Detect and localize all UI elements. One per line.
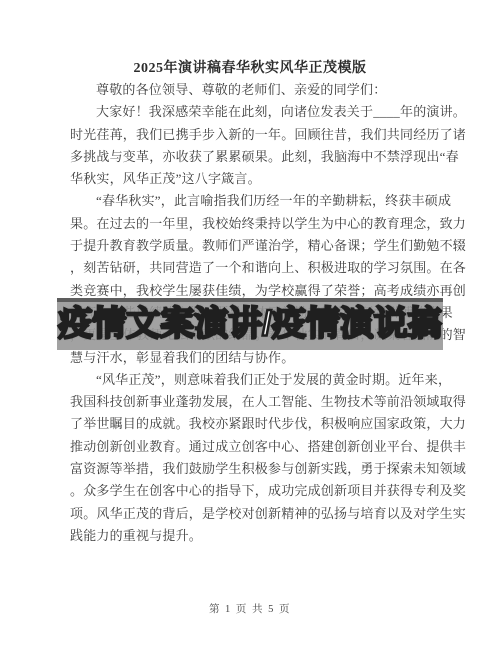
text-line: 了举世瞩目的成就。我校亦紧跟时代步伐，积极响应国家政策，大力 xyxy=(70,413,466,435)
text-line: 华秋实，风华正茂”这八字箴言。 xyxy=(70,168,466,190)
text-line: 项。风华正茂的背后，是学校对创新精神的弘扬与培育以及对学生实 xyxy=(70,503,466,525)
text-line: “春华秋实”，此言喻指我们历经一年的辛勤耕耘，终获丰硕成 xyxy=(70,190,466,212)
watermark-text: 疫情文案演讲/疫情演说搞 xyxy=(58,307,441,341)
text-line: 大家好！我深感荣幸能在此刻，向诸位发表关于____年的演讲。 xyxy=(70,101,466,123)
text-line: 我国科技创新事业蓬勃发展，在人工智能、生物技术等前沿领域取得 xyxy=(70,391,466,413)
page-number: 第 1 页 共 5 页 xyxy=(0,601,500,616)
text-line: 尊敬的各位领导、尊敬的老师们、亲爱的同学们： xyxy=(70,79,466,101)
text-line: ，刻苦钻研，共同营造了一个和谐向上、积极进取的学习氛围。在各 xyxy=(70,257,466,279)
text-line: 推动创新创业教育。通过成立创客中心、搭建创新创业平台、提供丰 xyxy=(70,436,466,458)
text-line: 践能力的重视与提升。 xyxy=(70,525,466,547)
text-line: 时光荏苒，我们已携手步入新的一年。回顾往昔，我们共同经历了诸 xyxy=(70,124,466,146)
text-line: 富资源等举措，我们鼓励学生积极参与创新实践，勇于探索未知领域 xyxy=(70,458,466,480)
paragraph: 尊敬的各位领导、尊敬的老师们、亲爱的同学们： xyxy=(70,79,466,101)
text-line: 多挑战与变革，亦收获了累累硕果。此刻，我脑海中不禁浮现出“春 xyxy=(70,146,466,168)
text-line: 果。在过去的一年里，我校始终秉持以学生为中心的教育理念，致力 xyxy=(70,213,466,235)
paragraph: 大家好！我深感荣幸能在此刻，向诸位发表关于____年的演讲。时光荏苒，我们已携手… xyxy=(70,101,466,190)
watermark-band: 疫情文案演讲/疫情演说搞 xyxy=(57,298,443,350)
text-line: 于提升教育教学质量。教师们严谨治学，精心备课；学生们勤勉不辍 xyxy=(70,235,466,257)
text-line: 。众多学生在创客中心的指导下，成功完成创新项目并获得专利及奖 xyxy=(70,480,466,502)
document-title: 2025年演讲稿春华秋实风华正茂模版 xyxy=(0,57,500,77)
paragraph: “风华正茂”，则意味着我们正处于发展的黄金时期。近年来，我国科技创新事业蓬勃发展… xyxy=(70,369,466,547)
document-page: 2025年演讲稿春华秋实风华正茂模版 尊敬的各位领导、尊敬的老师们、亲爱的同学们… xyxy=(0,0,500,647)
text-line: “风华正茂”，则意味着我们正处于发展的黄金时期。近年来， xyxy=(70,369,466,391)
